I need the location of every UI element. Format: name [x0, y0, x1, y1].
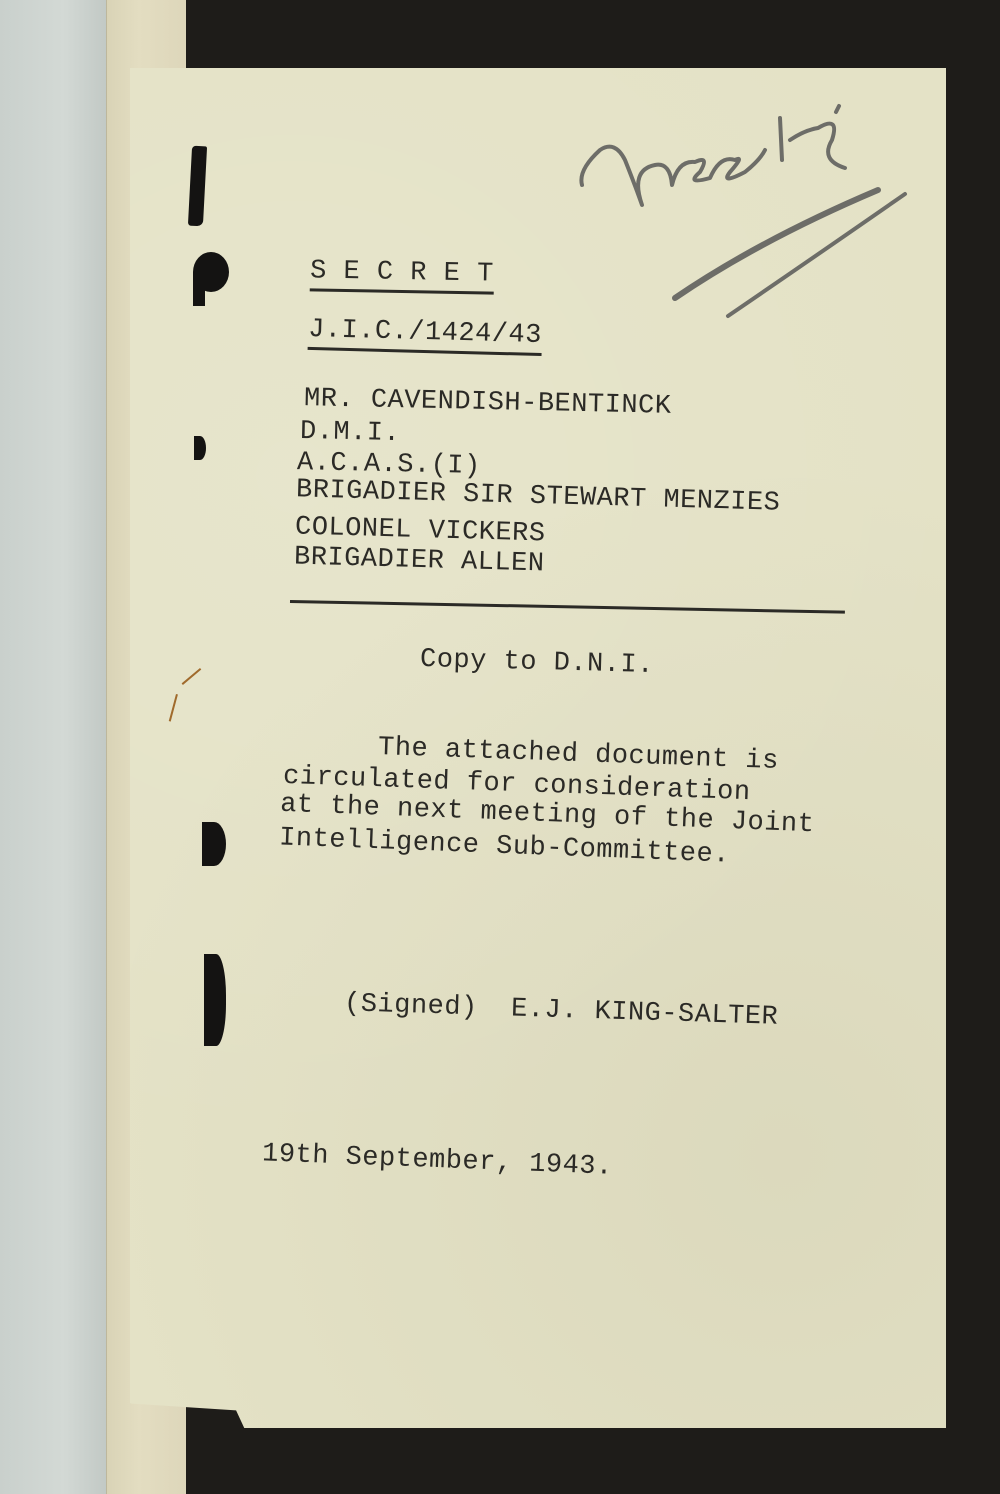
reference-number: J.I.C./1424/43	[308, 315, 543, 356]
handwritten-pencil-note	[560, 100, 920, 330]
punch-hole	[194, 436, 206, 460]
punch-hole	[202, 822, 226, 866]
copy-to-line: Copy to D.N.I.	[420, 645, 655, 681]
recipient: D.M.I.	[300, 417, 401, 449]
classification-heading: S E C R E T	[310, 256, 494, 294]
punch-hole	[204, 954, 226, 1046]
folder-cover-page	[0, 0, 106, 1494]
torn-hole	[193, 272, 205, 306]
